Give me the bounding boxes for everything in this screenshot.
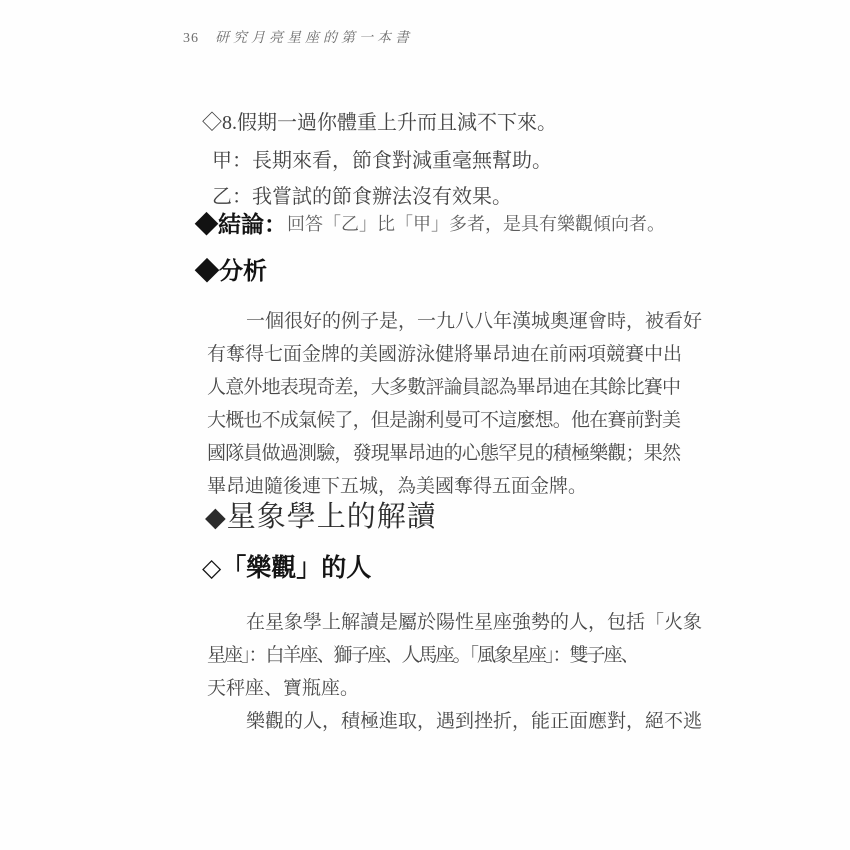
optimist-paragraph-line: 在星象學上解讀是屬於陽性星座強勢的人，包括「火象 (207, 607, 702, 634)
filled-diamond-icon: ◆ (205, 502, 227, 532)
conclusion-line: ◆結論：回答「乙」比「甲」多者，是具有樂觀傾向者。 (195, 206, 665, 239)
option-b-text: 我嘗試的節食辦法沒有效果。 (252, 186, 512, 208)
optimist-paragraph-line: 星座」：白羊座、獅子座、人馬座。「風象星座」：雙子座、 (207, 640, 638, 667)
quiz-question-line: ◇8.假期一過你體重上升而且減不下來。 (202, 106, 557, 135)
analysis-heading-label: 分析 (219, 258, 267, 285)
optimist-subsection-heading: ◇「樂觀」的人 (202, 548, 371, 584)
page-number: 36 (183, 31, 199, 46)
analysis-paragraph-line: 國隊員做過測驗，發現畢昂迪的心態罕見的積極樂觀；果然 (207, 438, 680, 465)
quiz-option-b: 乙：我嘗試的節食辦法沒有效果。 (212, 180, 512, 209)
hollow-diamond-icon: ◇ (202, 554, 221, 582)
analysis-paragraph-line: 大概也不成氣候了，但是謝利曼可不這麼想。他在賽前對美 (207, 405, 680, 432)
option-a-label: 甲： (212, 150, 252, 172)
option-a-text: 長期來看，節食對減重毫無幫助。 (252, 150, 552, 172)
book-title: 研究月亮星座的第一本書 (215, 31, 413, 46)
option-b-label: 乙： (212, 186, 252, 208)
analysis-paragraph-line: 人意外地表現奇差，大多數評論員認為畢昂迪在其餘比賽中 (207, 372, 680, 399)
conclusion-text: 回答「乙」比「甲」多者，是具有樂觀傾向者。 (287, 214, 665, 234)
analysis-heading: ◆分析 (195, 251, 267, 286)
book-page: 36研究月亮星座的第一本書 ◇8.假期一過你體重上升而且減不下來。 甲：長期來看… (0, 0, 850, 850)
optimist-heading-label: 「樂觀」的人 (221, 554, 371, 582)
conclusion-label: 結論： (218, 211, 287, 237)
filled-diamond-icon: ◆ (195, 211, 218, 237)
quiz-option-a: 甲：長期來看，節食對減重毫無幫助。 (212, 144, 552, 173)
optimist-paragraph-line: 天秤座、寶瓶座。 (207, 673, 359, 700)
optimist-paragraph-line: 樂觀的人，積極進取，遇到挫折，能正面應對，絕不逃 (207, 706, 702, 733)
astrology-heading-label: 星象學上的解讀 (227, 501, 437, 533)
astrology-section-heading: ◆星象學上的解讀 (205, 494, 437, 535)
filled-diamond-icon: ◆ (195, 258, 219, 285)
question-text: 假期一過你體重上升而且減不下來。 (237, 112, 557, 134)
analysis-paragraph-line: 有奪得七面金牌的美國游泳健將畢昂迪在前兩項競賽中出 (207, 339, 682, 366)
question-number: 8. (222, 112, 237, 134)
hollow-diamond-icon: ◇ (202, 112, 222, 134)
page-header: 36研究月亮星座的第一本書 (183, 27, 413, 47)
analysis-paragraph-line: 一個很好的例子是，一九八八年漢城奧運會時，被看好 (207, 306, 702, 333)
